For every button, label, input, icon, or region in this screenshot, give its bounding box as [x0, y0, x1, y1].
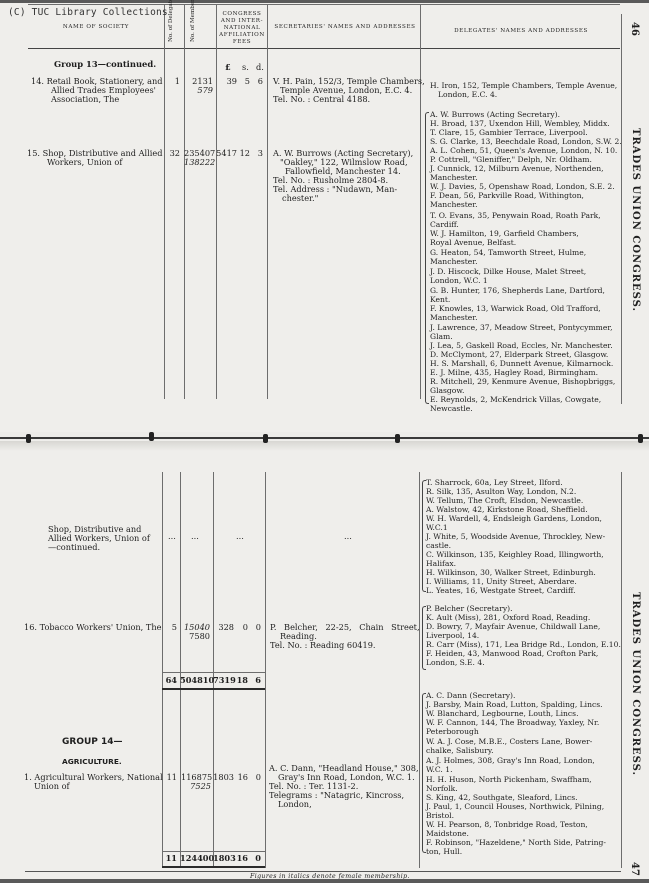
binding-staple — [395, 434, 400, 443]
group14-subheading: AGRICULTURE. — [62, 757, 122, 766]
delegates-count: 1 — [166, 77, 180, 86]
binding-staple — [26, 434, 31, 443]
col-divider — [621, 14, 622, 404]
top-edge — [0, 0, 649, 3]
header-delegates-names: Delegates' Names and Addresses — [422, 28, 620, 35]
col-divider — [419, 472, 420, 868]
running-title-bottom: TRADES UNION CONGRESS. — [630, 592, 641, 776]
page-fold — [0, 437, 649, 439]
col-divider — [216, 4, 217, 399]
fold-shadow — [0, 441, 649, 451]
delegates-count: 5 — [164, 623, 177, 632]
watermark: (C) TUC Library Collections — [8, 7, 168, 18]
col-divider — [180, 472, 181, 868]
unit-pence: d. — [256, 63, 264, 72]
binding-staple — [149, 432, 154, 441]
header-name-of-society: Name of Society — [28, 24, 164, 31]
header-fees: Congress and Inter- national Affiliation… — [218, 11, 266, 46]
total-rule — [162, 672, 265, 673]
header-top-rule — [28, 4, 620, 5]
header-no-of-delegates: No. of Delegates — [168, 4, 175, 42]
group14-heading: GROUP 14— — [62, 738, 123, 747]
unit-shillings: s. — [242, 63, 249, 72]
bottom-edge — [0, 879, 649, 883]
bottom-rule — [25, 871, 621, 872]
female-members: 579 — [186, 86, 213, 95]
delegates-count: 11 — [163, 773, 177, 782]
binding-staple — [263, 434, 268, 443]
unit-pounds: £ — [225, 63, 231, 72]
col-divider — [621, 472, 622, 868]
binding-staple — [638, 434, 643, 443]
header-secretaries: Secretaries' Names and Addresses — [270, 24, 420, 31]
female-members: 7580 — [182, 632, 210, 641]
page-number-top: 46 — [629, 22, 640, 36]
col-divider — [213, 472, 214, 868]
female-members: 138222 — [184, 158, 214, 167]
total-double-rule — [162, 866, 265, 868]
header-bottom-rule — [28, 48, 620, 49]
col-divider — [184, 4, 185, 399]
group13-heading: Group 13—continued. — [54, 60, 156, 69]
col-divider — [164, 4, 165, 399]
female-members: 7525 — [181, 782, 211, 791]
delegates-count: 32 — [166, 149, 180, 158]
total-double-rule — [162, 688, 265, 690]
col-divider — [265, 472, 266, 868]
total-rule — [162, 851, 265, 852]
delegate-brace — [425, 112, 429, 404]
col-divider — [420, 4, 421, 399]
page-number-bottom: 47 — [629, 862, 640, 876]
col-divider — [267, 4, 268, 399]
header-no-of-members: No. of Members — [190, 4, 197, 42]
running-title-top: TRADES UNION CONGRESS. — [630, 128, 641, 312]
col-divider — [162, 472, 163, 868]
